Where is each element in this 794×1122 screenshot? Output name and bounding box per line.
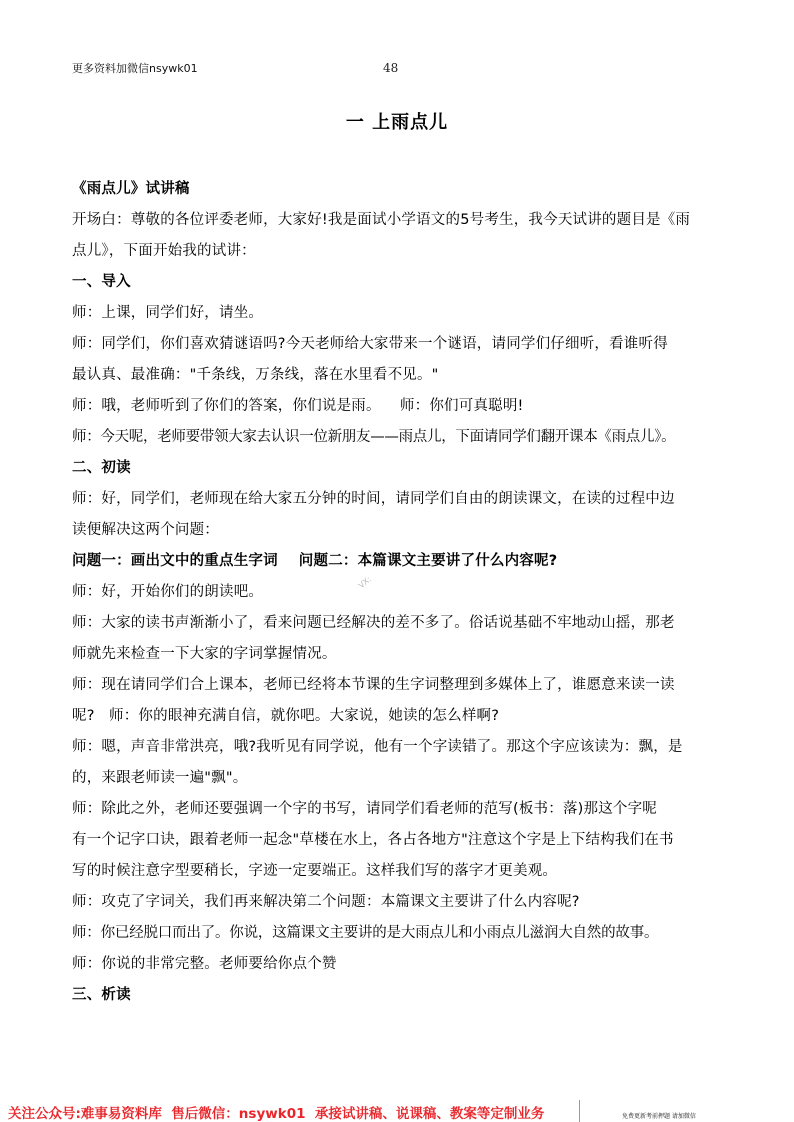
paragraph-line: 师：好，同学们，老师现在给大家五分钟的时间，请同学们自由的朗读课文，在读的过程中… bbox=[72, 484, 724, 515]
paragraph-line: 呢? 师：你的眼神充满自信，就你吧。大家说，她读的怎么样啊? bbox=[72, 701, 724, 732]
page-number: 48 bbox=[383, 61, 398, 75]
paragraph-line: 师：哦，老师听到了你们的答案，你们说是雨。 师：你们可真聪明! bbox=[72, 391, 724, 422]
paragraph-line: 师：同学们，你们喜欢猜谜语吗?今天老师给大家带来一个谜语，请同学们仔细听，看谁听… bbox=[72, 329, 724, 360]
document-title: 一 上雨点儿 bbox=[0, 108, 794, 134]
paragraph-line: 读便解决这两个问题： bbox=[72, 515, 724, 546]
paragraph-line: 的，来跟老师读一遍"飘"。 bbox=[72, 763, 724, 794]
paragraph-line: 师：你说的非常完整。老师要给你点个赞 bbox=[72, 949, 724, 980]
paragraph-line: 师：今天呢，老师要带领大家去认识一位新朋友——雨点儿，下面请同学们翻开课本《雨点… bbox=[72, 422, 724, 453]
section-heading-analysis: 三、析读 bbox=[72, 980, 724, 1011]
paragraph-line: 写的时候注意字型要稍长，字迹一定要端正。这样我们写的落字才更美观。 bbox=[72, 856, 724, 887]
paragraph-line: 师就先来检查一下大家的字词掌握情况。 bbox=[72, 639, 724, 670]
document-body: 《雨点儿》试讲稿 开场白：尊敬的各位评委老师，大家好!我是面试小学语文的5号考生… bbox=[72, 174, 724, 1011]
footer-note: 免费更新考前押题 请加微信 bbox=[622, 1111, 696, 1120]
section-heading-intro: 一、导入 bbox=[72, 267, 724, 298]
section-heading-first-reading: 二、初读 bbox=[72, 453, 724, 484]
paragraph-line: 有一个记字口诀，跟着老师一起念"草楼在水上，各占各地方"注意这个字是上下结构我们… bbox=[72, 825, 724, 856]
paragraph-line: 最认真、最准确："千条线，万条线，落在水里看不见。" bbox=[72, 360, 724, 391]
footer-divider bbox=[579, 1100, 580, 1122]
header-note: 更多资料加微信nsywk01 bbox=[72, 60, 198, 76]
paragraph-line: 师：攻克了字词关，我们再来解决第二个问题：本篇课文主要讲了什么内容呢? bbox=[72, 887, 724, 918]
paragraph-line: 开场白：尊敬的各位评委老师，大家好!我是面试小学语文的5号考生，我今天试讲的题目… bbox=[72, 205, 724, 236]
paragraph-line: 师：现在请同学们合上课本，老师已经将本节课的生字词整理到多媒体上了，谁愿意来读一… bbox=[72, 670, 724, 701]
paragraph-line: 师：除此之外，老师还要强调一个字的书写，请同学们看老师的范写(板书：落)那这个字… bbox=[72, 794, 724, 825]
paragraph-line: 师：上课，同学们好，请坐。 bbox=[72, 298, 724, 329]
paragraph-line: 师：你已经脱口而出了。你说，这篇课文主要讲的是大雨点儿和小雨点儿滋润大自然的故事… bbox=[72, 918, 724, 949]
paragraph-line: 点儿》，下面开始我的试讲： bbox=[72, 236, 724, 267]
paragraph-line: 师：大家的读书声渐渐小了，看来问题已经解决的差不多了。俗话说基础不牢地动山摇，那… bbox=[72, 608, 724, 639]
paragraph-line: 师：好，开始你们的朗读吧。 bbox=[72, 577, 724, 608]
paragraph-line: 师：嗯，声音非常洪亮，哦?我听见有同学说，他有一个字读错了。那这个字应该读为：飘… bbox=[72, 732, 724, 763]
footer-promo: 关注公众号:难事易资料库 售后微信：nsywk01 承接试讲稿、说课稿、教案等定… bbox=[8, 1102, 544, 1122]
script-title: 《雨点儿》试讲稿 bbox=[72, 174, 724, 205]
questions-line: 问题一：画出文中的重点生字词 问题二：本篇课文主要讲了什么内容呢? bbox=[72, 546, 724, 577]
